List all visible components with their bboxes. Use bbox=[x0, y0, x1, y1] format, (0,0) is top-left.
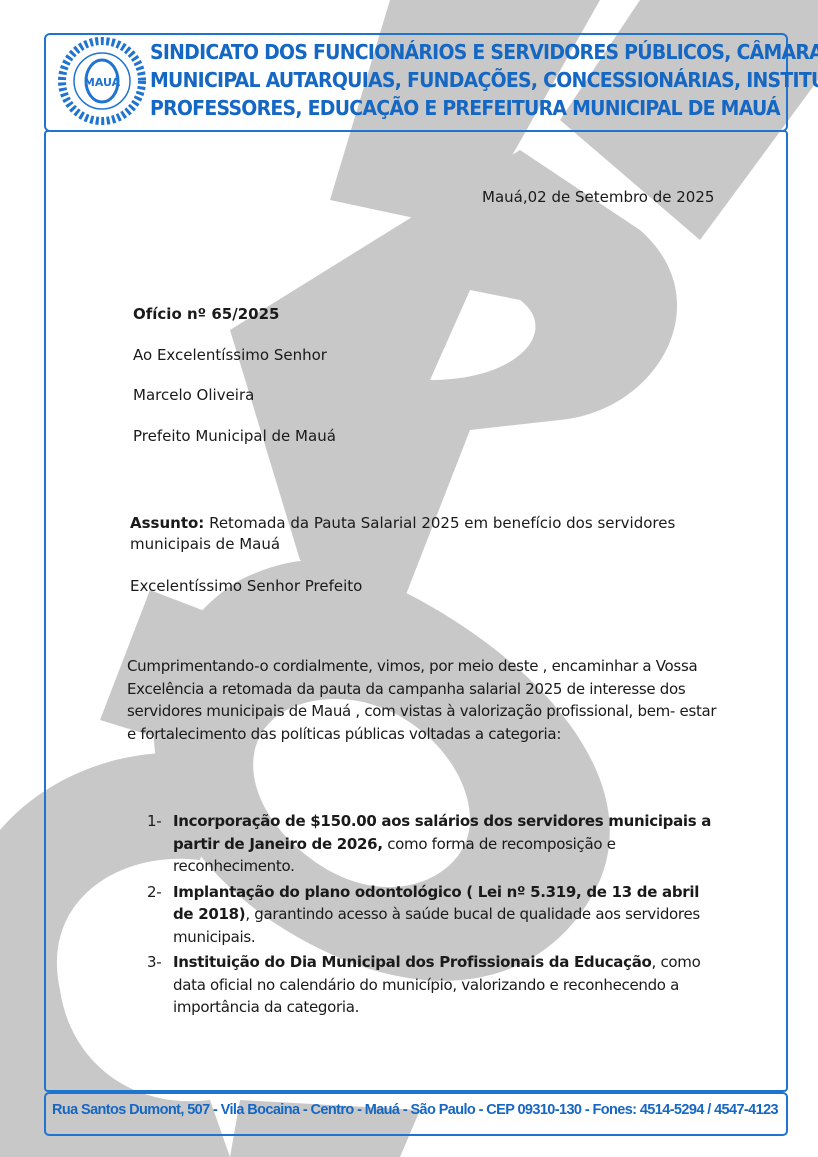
demands-list: 1- Incorporação de $150.00 aos salários … bbox=[147, 810, 712, 1022]
list-item-text: Incorporação de $150.00 aos salários dos… bbox=[173, 810, 712, 878]
list-item-rest: , garantindo acesso à saúde bucal de qua… bbox=[173, 905, 700, 946]
list-item-bold: Instituição do Dia Municipal dos Profiss… bbox=[173, 953, 652, 971]
subject-label: Assunto: bbox=[130, 514, 204, 532]
recipient-salutation: Ao Excelentíssimo Senhor bbox=[133, 346, 327, 364]
oficio-number: Ofício nº 65/2025 bbox=[133, 305, 279, 323]
subject-text: Retomada da Pauta Salarial 2025 em benef… bbox=[130, 514, 675, 553]
header-line-3: PROFESSORES, EDUCAÇÃO E PREFEITURA MUNIC… bbox=[150, 94, 728, 122]
greeting: Excelentíssimo Senhor Prefeito bbox=[130, 577, 362, 595]
list-item-number: 3- bbox=[147, 951, 173, 1019]
svg-text:MAUÁ: MAUÁ bbox=[84, 76, 121, 89]
list-item-text: Instituição do Dia Municipal dos Profiss… bbox=[173, 951, 712, 1019]
list-item-text: Implantação do plano odontológico ( Lei … bbox=[173, 881, 712, 949]
subject-line: Assunto: Retomada da Pauta Salarial 2025… bbox=[130, 513, 710, 555]
recipient-title: Prefeito Municipal de Mauá bbox=[133, 427, 336, 445]
list-item-number: 1- bbox=[147, 810, 173, 878]
letter-date: Mauá,02 de Setembro de 2025 bbox=[482, 188, 714, 206]
header-line-1: SINDICATO DOS FUNCIONÁRIOS E SERVIDORES … bbox=[150, 38, 728, 66]
union-logo-icon: MAUÁ bbox=[55, 37, 149, 125]
list-item: 2- Implantação do plano odontológico ( L… bbox=[147, 881, 712, 949]
body-paragraph: Cumprimentando-o cordialmente, vimos, po… bbox=[127, 655, 717, 745]
footer-address: Rua Santos Dumont, 507 - Vila Bocaina - … bbox=[50, 1102, 780, 1118]
list-item: 3- Instituição do Dia Municipal dos Prof… bbox=[147, 951, 712, 1019]
list-item: 1- Incorporação de $150.00 aos salários … bbox=[147, 810, 712, 878]
header-line-2: MUNICIPAL AUTARQUIAS, FUNDAÇÕES, CONCESS… bbox=[150, 66, 728, 94]
recipient-name: Marcelo Oliveira bbox=[133, 386, 254, 404]
list-item-number: 2- bbox=[147, 881, 173, 949]
union-name-heading: SINDICATO DOS FUNCIONÁRIOS E SERVIDORES … bbox=[150, 38, 728, 122]
